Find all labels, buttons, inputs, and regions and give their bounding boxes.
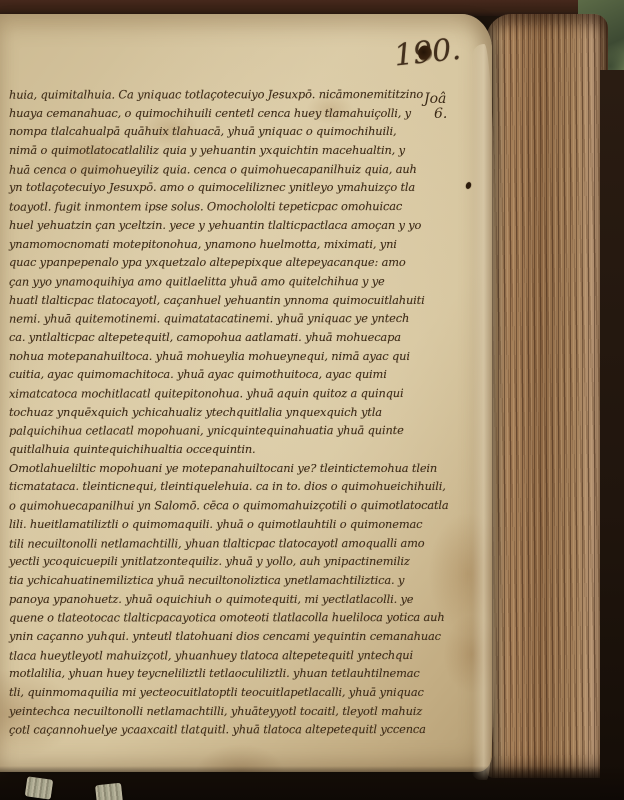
cloth-tab	[95, 783, 123, 800]
background-shadow-right	[600, 70, 624, 800]
manuscript-line: yn totlaçotecuiyo Jesuxpō. amo o quimoce…	[9, 178, 423, 197]
manuscript-line: yectli ycoquicuepili ynitlatzontequiliz.…	[9, 552, 423, 571]
manuscript-line: nompa tlalcahualpā quāhuix tlahuacā, yhu…	[9, 122, 423, 141]
manuscript-line: ticmatataca. tleinticnequi, tleintiquele…	[9, 477, 423, 496]
manuscript-line: quitlalhuia quintequichihualtia occequin…	[9, 440, 423, 459]
book-bottom-shadow	[0, 766, 624, 800]
manuscript-line: lili. hueitlamatiliztli o quimomaquili. …	[9, 515, 423, 534]
manuscript-line: çotl caçannohuelye ycaaxcaitl tlatquitl.…	[9, 720, 423, 739]
manuscript-line: huā cenca o quimohueyiliz quia. cenca o …	[9, 160, 423, 179]
manuscript-line: huaya cemanahuac, o quimochihuili centet…	[9, 104, 423, 123]
manuscript-line: nemi. yhuā quitemotinemi. quimatatacatin…	[9, 309, 423, 328]
manuscript-line: nimā o quimotlatocatlaliliz quia y yehua…	[9, 141, 423, 160]
manuscript-line: huia, quimitalhuia. Ca yniquac totlaçote…	[9, 85, 423, 104]
manuscript-line: Omotlahueliltic mopohuani ye motepanahui…	[9, 459, 423, 478]
manuscript-line: toayotl. fugit inmontem ipse solus. Omoc…	[9, 197, 423, 216]
manuscript-line: o quimohuecapanilhui yn Salomō. cēca o q…	[9, 496, 423, 515]
manuscript-page: 190. Joâ 6. huia, quimitalhuia. Ca yniqu…	[0, 14, 492, 772]
margin-note-john-6: Joâ 6.	[424, 92, 472, 122]
manuscript-line: yeintechca necuiltonolli netlamachtilli,…	[9, 702, 423, 721]
manuscript-line: tia ychicahuatinemiliztica yhuā necuilto…	[9, 571, 423, 590]
margin-note-chapter: 6.	[424, 107, 472, 122]
manuscript-line: quac ypanpepenalo ypa yxquetzalo altepep…	[9, 253, 423, 272]
manuscript-line: panoya ypanohuetz. yhuā oquichiuh o quim…	[9, 590, 423, 609]
manuscript-line: tili necuiltonolli netlamachtilli, yhuan…	[9, 534, 423, 553]
manuscript-line: nohua motepanahuiltoca. yhuā mohueylia m…	[9, 346, 423, 365]
manuscript-line: cuitia, ayac quimomachitoca. yhuā ayac q…	[9, 365, 423, 384]
manuscript-line: tlaca hueytleyotl mahuizçotl, yhuanhuey …	[9, 646, 423, 665]
book-fore-edge-page-stack	[486, 14, 608, 778]
manuscript-line: tochuaz ynquēxquich ychicahualiz ytechqu…	[9, 402, 423, 421]
manuscript-text: huia, quimitalhuia. Ca yniquac totlaçote…	[9, 85, 423, 739]
ink-speck	[465, 181, 472, 189]
manuscript-line: quene o tlateotocac tlalticpacayotica om…	[9, 608, 423, 627]
manuscript-line: huel yehuatzin çan yceltzin. yece y yehu…	[9, 216, 423, 235]
manuscript-line: ynin caçanno yuhqui. ynteutl tlatohuani …	[9, 627, 423, 646]
manuscript-line: palquichihua cetlacatl mopohuani, ynicqu…	[9, 421, 423, 440]
manuscript-line: huatl tlalticpac tlatocayotl, caçanhuel …	[9, 290, 423, 309]
manuscript-line: ca. yntlalticpac altepetequitl, camopohu…	[9, 328, 423, 347]
manuscript-line: motlalilia, yhuan huey teycneliliztli te…	[9, 664, 423, 683]
margin-note-book: Joâ	[424, 92, 472, 107]
cloth-tab	[25, 776, 54, 799]
manuscript-line: tli, quinmomaquilia mi yecteocuitlatoptl…	[9, 683, 423, 702]
manuscript-line: çan yyo ynamoquihiya amo quitlaelitta yh…	[9, 272, 423, 291]
manuscript-line: ximatcatoca mochitlacatl quitepitonohua.…	[9, 384, 423, 403]
manuscript-line: ynamomocnomati motepitonohua, ynamono hu…	[9, 234, 423, 253]
